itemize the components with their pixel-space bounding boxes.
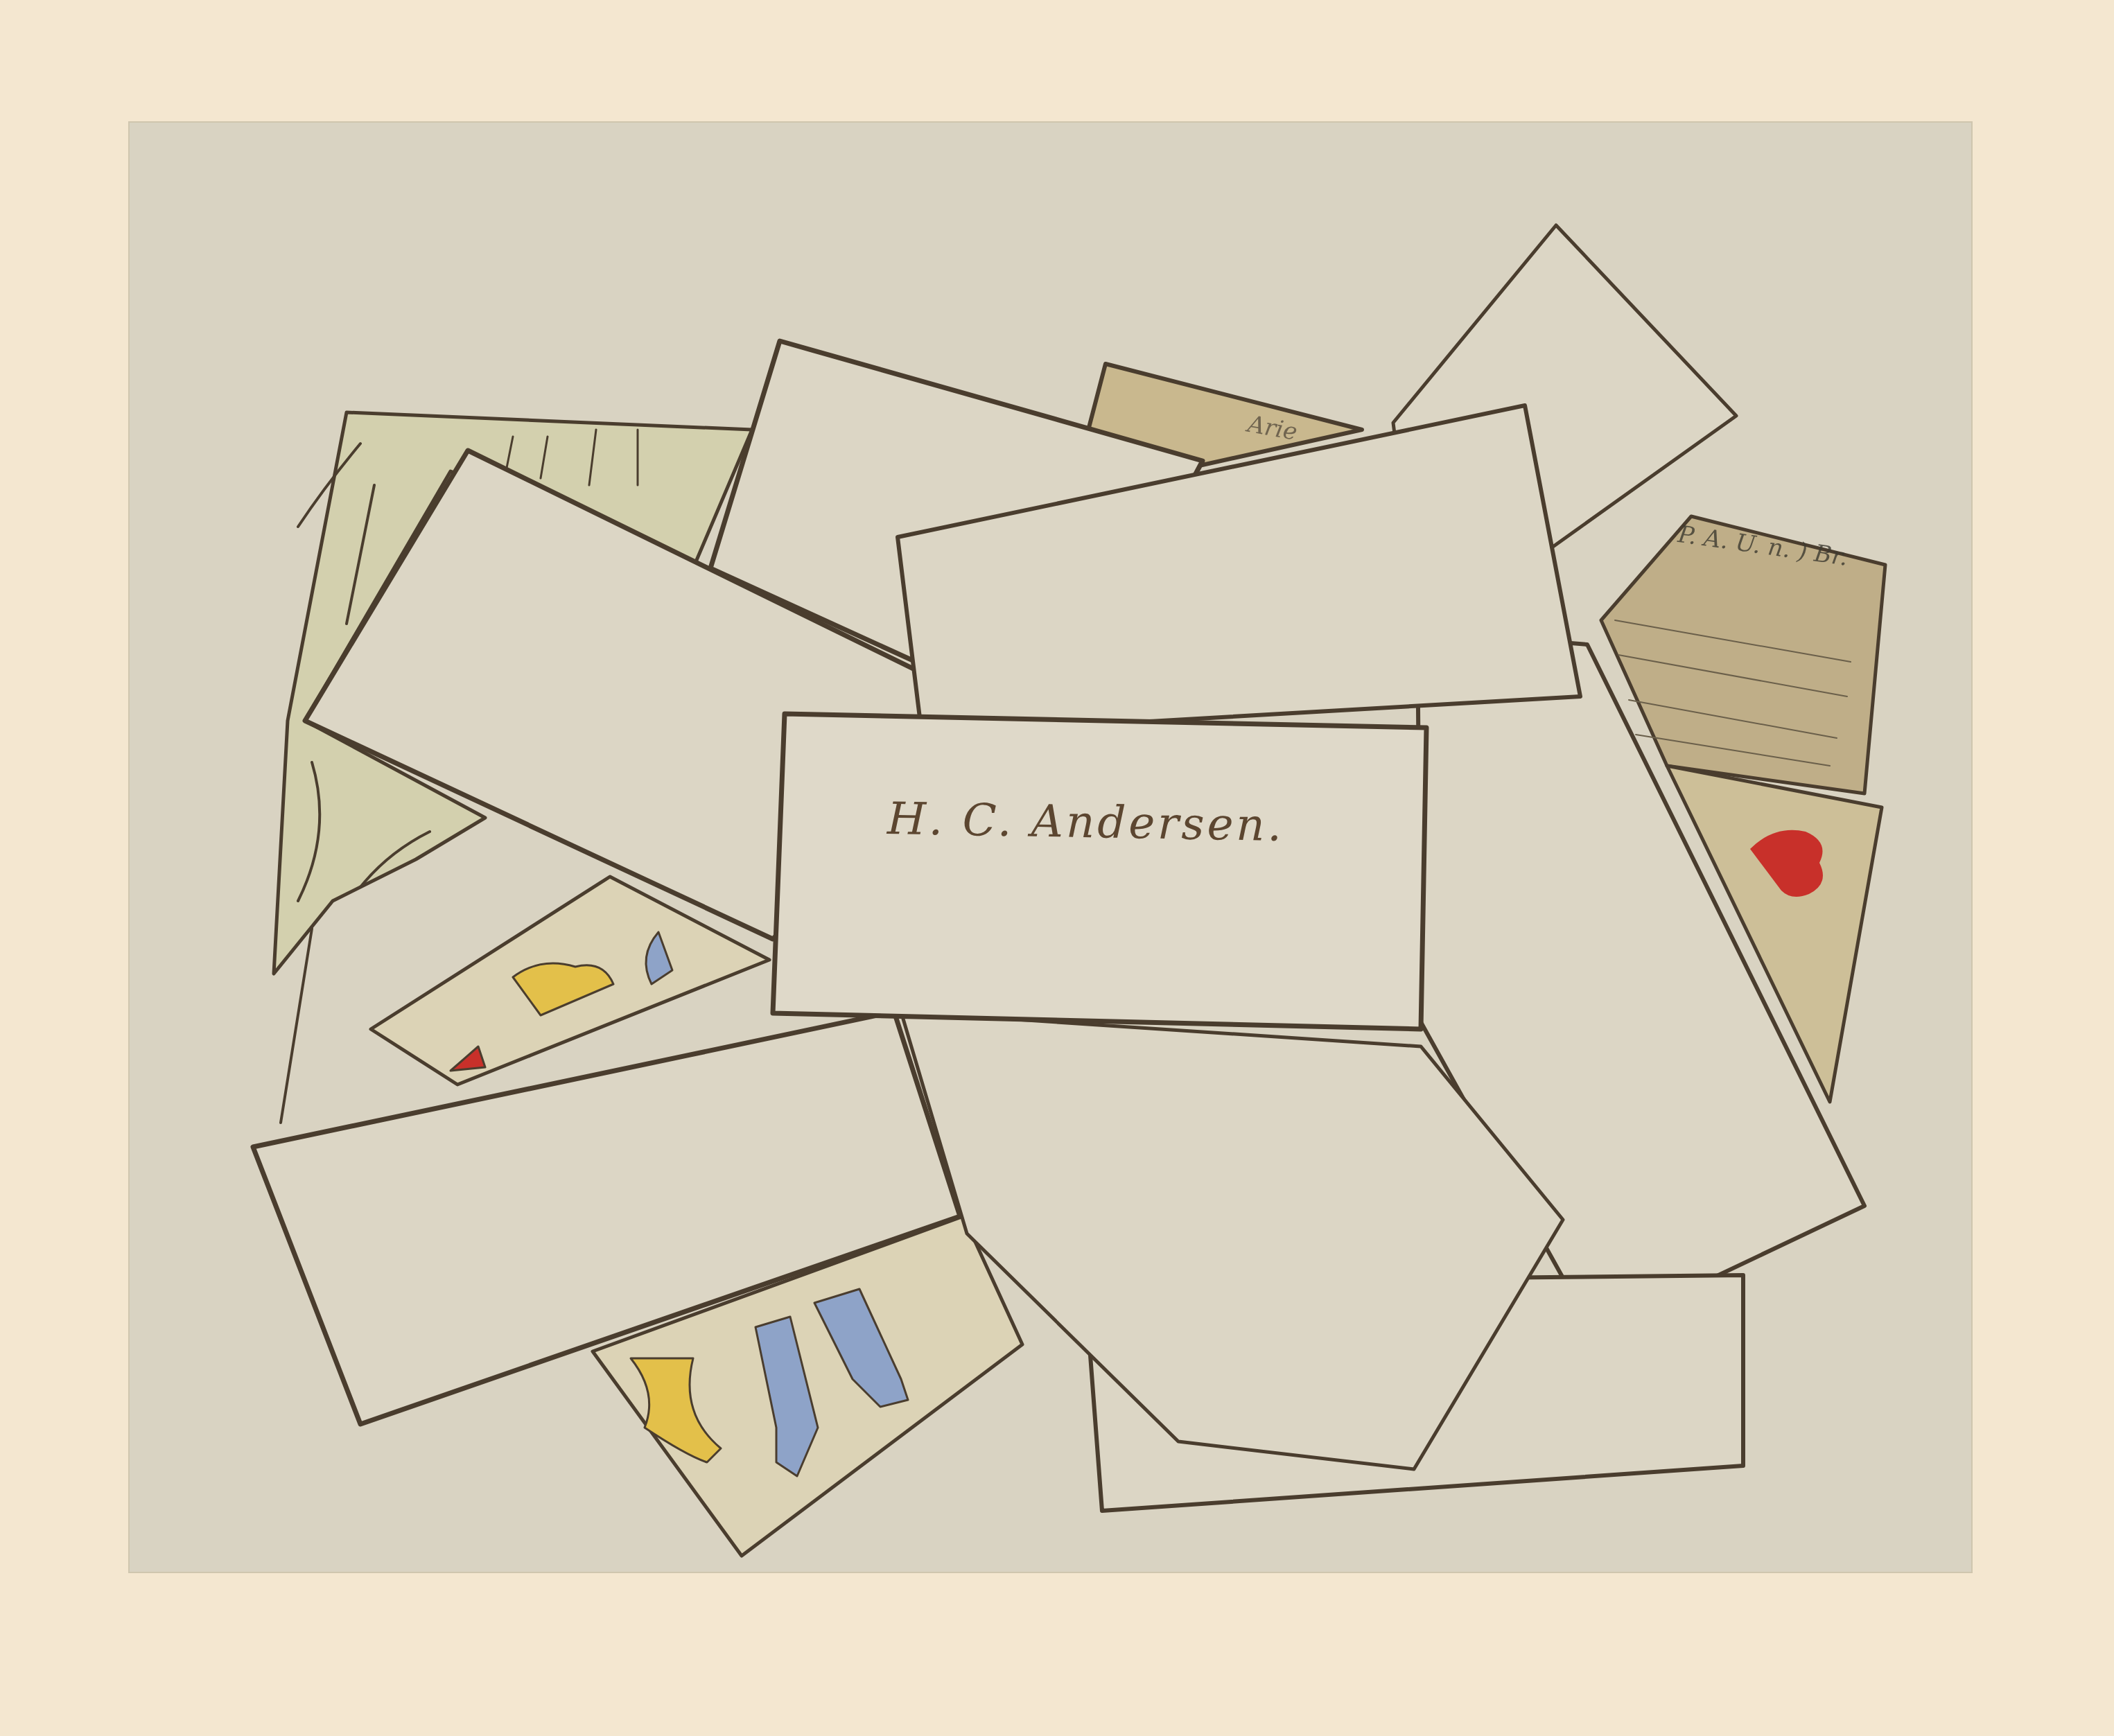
cards-drawing — [0, 0, 2114, 1736]
center-card — [773, 714, 1426, 1029]
center-card-inscription: H. C. Andersen. — [886, 794, 1284, 852]
